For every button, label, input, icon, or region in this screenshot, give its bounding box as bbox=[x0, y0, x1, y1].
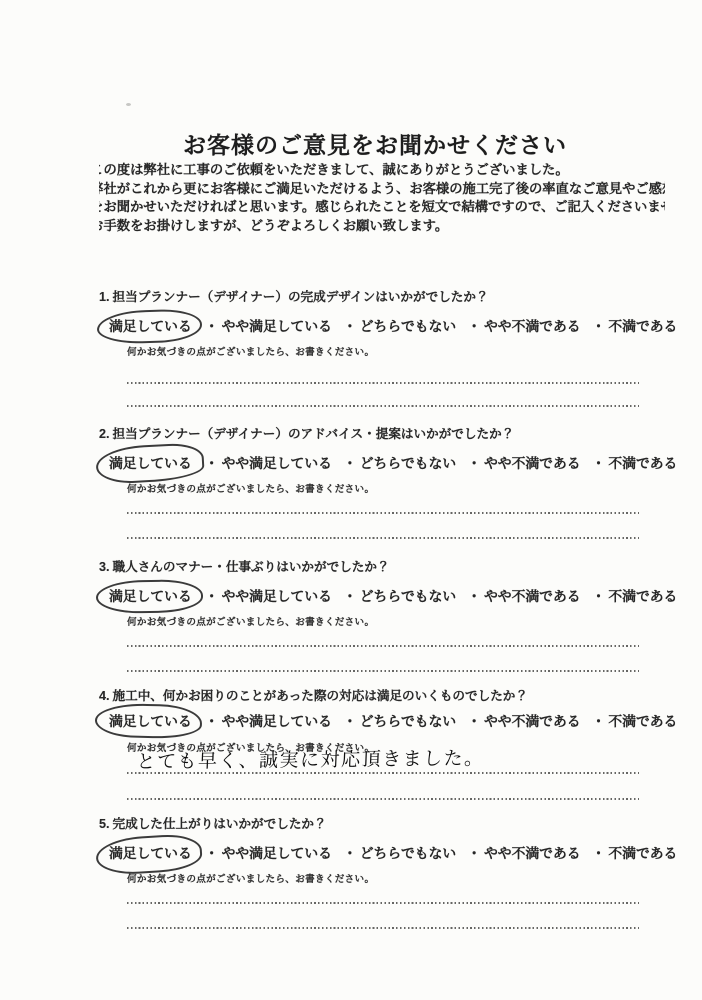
rating-option: どちらでもない bbox=[360, 846, 456, 861]
option-separator: ・ bbox=[343, 714, 357, 729]
rating-option: どちらでもない bbox=[360, 319, 456, 334]
page-title: お客様のご意見をお聞かせください bbox=[0, 127, 702, 160]
question-block: 5.完成した仕上がりはいかがでしたか？ 満足している・やや満足している・どちらで… bbox=[0, 813, 702, 948]
question-title: 5.完成した仕上がりはいかがでしたか？ bbox=[99, 813, 327, 832]
question-text: 施工中、何かお困りのことがあった際の対応は満足のいくものでしたか？ bbox=[113, 689, 528, 703]
option-separator: ・ bbox=[467, 456, 481, 471]
rating-option: やや満足している bbox=[222, 846, 332, 861]
comment-line bbox=[127, 512, 639, 514]
question-title: 2.担当プランナー（デザイナー）のアドバイス・提案はいかがでしたか？ bbox=[99, 423, 514, 442]
rating-option: どちらでもない bbox=[360, 456, 456, 471]
option-separator: ・ bbox=[467, 846, 481, 861]
rating-option: やや不満である bbox=[484, 456, 581, 471]
comment-prompt: 何かお気づきの点がございましたら、お書きください。 bbox=[127, 344, 374, 358]
question-title: 1.担当プランナー（デザイナー）の完成デザインはいかがでしたか？ bbox=[99, 286, 489, 305]
rating-options-row: 満足している・やや満足している・どちらでもない・やや不満である・不満である bbox=[107, 315, 677, 335]
rating-option: やや満足している bbox=[222, 319, 332, 334]
comment-line bbox=[127, 645, 639, 647]
option-separator: ・ bbox=[592, 319, 606, 334]
comment-line bbox=[127, 798, 639, 800]
comment-line bbox=[127, 382, 639, 384]
option-separator: ・ bbox=[343, 589, 357, 604]
intro-paragraph: この度は弊社に工事のご依頼をいただきまして、誠にありがとうございました。 弊社が… bbox=[99, 161, 665, 235]
rating-option-label: 満足している bbox=[109, 456, 192, 471]
option-separator: ・ bbox=[205, 846, 219, 861]
rating-option: やや不満である bbox=[484, 846, 581, 861]
rating-options-row: 満足している・やや満足している・どちらでもない・やや不満である・不満である bbox=[107, 710, 677, 730]
option-separator: ・ bbox=[205, 456, 219, 471]
selected-rating-option: 満足している bbox=[107, 842, 194, 862]
handwritten-answer: とても早く、誠実に対応頂きました。 bbox=[136, 743, 485, 774]
question-block: 3.職人さんのマナー・仕事ぶりはいかがでしたか？ 満足している・やや満足している… bbox=[0, 556, 702, 691]
option-separator: ・ bbox=[343, 846, 357, 861]
scanned-survey-page: お客様のご意見をお聞かせください この度は弊社に工事のご依頼をいただきまして、誠… bbox=[0, 0, 702, 1000]
rating-option: 不満である bbox=[608, 714, 677, 729]
rating-option-label: 満足している bbox=[109, 319, 192, 334]
question-title: 3.職人さんのマナー・仕事ぶりはいかがでしたか？ bbox=[99, 556, 390, 575]
intro-line: お手数をお掛けしますが、どうぞよろしくお願い致します。 bbox=[99, 217, 665, 236]
selected-rating-option: 満足している bbox=[107, 315, 194, 335]
option-separator: ・ bbox=[467, 319, 481, 334]
intro-line-text: 手数をお掛けしますが、どうぞよろしくお願い致します。 bbox=[104, 218, 449, 233]
question-title: 4.施工中、何かお困りのことがあった際の対応は満足のいくものでしたか？ bbox=[99, 685, 528, 704]
comment-prompt: 何かお気づきの点がございましたら、お書きください。 bbox=[127, 614, 374, 628]
rating-option: 不満である bbox=[608, 846, 677, 861]
comment-prompt: 何かお気づきの点がございましたら、お書きください。 bbox=[127, 871, 374, 885]
comment-line bbox=[127, 405, 639, 407]
question-block: 1.担当プランナー（デザイナー）の完成デザインはいかがでしたか？ 満足している・… bbox=[0, 286, 702, 421]
rating-option: 不満である bbox=[608, 456, 677, 471]
option-separator: ・ bbox=[205, 714, 219, 729]
question-block: 4.施工中、何かお困りのことがあった際の対応は満足のいくものでしたか？ 満足して… bbox=[0, 685, 702, 820]
intro-line: 弊社がこれから更にお客様にご満足いただけるよう、お客様の施工完了後の率直なご意見… bbox=[99, 180, 665, 199]
option-separator: ・ bbox=[592, 456, 606, 471]
comment-prompt: 何かお気づきの点がございましたら、お書きください。 bbox=[127, 481, 374, 495]
question-number: 5. bbox=[99, 817, 110, 831]
question-text: 担当プランナー（デザイナー）のアドバイス・提案はいかがでしたか？ bbox=[113, 427, 515, 441]
intro-line-text: の度は弊社に工事のご依頼をいただきまして、誠にありがとうございました。 bbox=[104, 162, 569, 177]
rating-option: やや満足している bbox=[222, 456, 332, 471]
comment-line bbox=[127, 772, 639, 774]
rating-option: どちらでもない bbox=[360, 589, 456, 604]
selected-rating-option: 満足している bbox=[107, 585, 194, 605]
rating-option-label: 満足している bbox=[109, 589, 192, 604]
rating-option: やや不満である bbox=[484, 714, 581, 729]
rating-option-label: 満足している bbox=[109, 846, 192, 861]
rating-option: 不満である bbox=[608, 319, 677, 334]
option-separator: ・ bbox=[343, 319, 357, 334]
question-number: 1. bbox=[99, 290, 110, 304]
scan-artifact-dot bbox=[126, 103, 131, 106]
selected-rating-option: 満足している bbox=[107, 710, 194, 730]
intro-line: この度は弊社に工事のご依頼をいただきまして、誠にありがとうございました。 bbox=[99, 161, 665, 180]
comment-line bbox=[127, 670, 639, 672]
selected-rating-option: 満足している bbox=[107, 452, 194, 472]
option-separator: ・ bbox=[467, 714, 481, 729]
option-separator: ・ bbox=[592, 714, 606, 729]
comment-line bbox=[127, 537, 639, 539]
rating-option: やや満足している bbox=[222, 589, 332, 604]
option-separator: ・ bbox=[205, 319, 219, 334]
question-block: 2.担当プランナー（デザイナー）のアドバイス・提案はいかがでしたか？ 満足してい… bbox=[0, 423, 702, 558]
question-number: 4. bbox=[99, 689, 110, 703]
option-separator: ・ bbox=[205, 589, 219, 604]
question-text: 担当プランナー（デザイナー）の完成デザインはいかがでしたか？ bbox=[113, 290, 489, 304]
rating-option: やや不満である bbox=[484, 319, 581, 334]
rating-option: やや満足している bbox=[222, 714, 332, 729]
rating-option: やや不満である bbox=[484, 589, 581, 604]
question-text: 完成した仕上がりはいかがでしたか？ bbox=[113, 817, 327, 831]
rating-option: どちらでもない bbox=[360, 714, 456, 729]
option-separator: ・ bbox=[467, 589, 481, 604]
option-separator: ・ bbox=[592, 846, 606, 861]
rating-option-label: 満足している bbox=[109, 714, 192, 729]
rating-options-row: 満足している・やや満足している・どちらでもない・やや不満である・不満である bbox=[107, 842, 677, 862]
question-number: 3. bbox=[99, 560, 110, 574]
rating-options-row: 満足している・やや満足している・どちらでもない・やや不満である・不満である bbox=[107, 585, 677, 605]
comment-line bbox=[127, 927, 639, 929]
question-number: 2. bbox=[99, 427, 110, 441]
intro-line-text: 社がこれから更にお客様にご満足いただけるよう、お客様の施工完了後の率直なご意見や… bbox=[104, 181, 665, 196]
option-separator: ・ bbox=[343, 456, 357, 471]
rating-option: 不満である bbox=[608, 589, 677, 604]
question-text: 職人さんのマナー・仕事ぶりはいかがでしたか？ bbox=[113, 560, 390, 574]
intro-line-text: お聞かせいただければと思います。感じられたことを短文で結構ですので、ご記入くださ… bbox=[104, 199, 665, 214]
rating-options-row: 満足している・やや満足している・どちらでもない・やや不満である・不満である bbox=[107, 452, 677, 472]
comment-line bbox=[127, 902, 639, 904]
option-separator: ・ bbox=[592, 589, 606, 604]
intro-line: をお聞かせいただければと思います。感じられたことを短文で結構ですので、ご記入くだ… bbox=[99, 198, 665, 217]
